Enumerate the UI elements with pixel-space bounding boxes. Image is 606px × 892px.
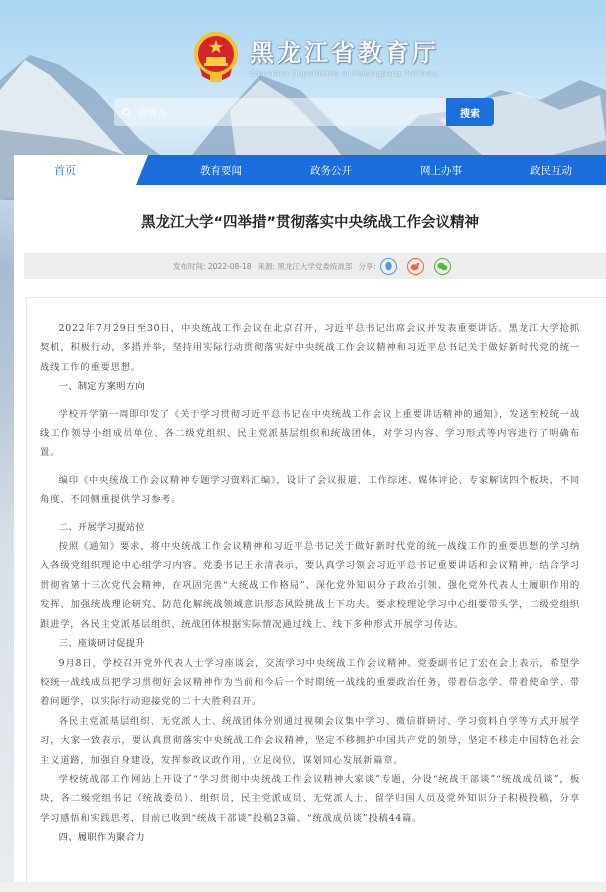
weibo-share-button[interactable] (407, 258, 424, 275)
paragraph: 9月8日，学校召开党外代表人士学习座谈会，交流学习中央统战工作会议精神。党委副书… (40, 654, 580, 712)
search-button[interactable]: 搜索 (446, 98, 494, 126)
search-input[interactable] (137, 107, 437, 118)
section-heading: 四、履职作为聚合力 (40, 828, 580, 847)
qq-share-button[interactable] (380, 258, 397, 275)
site-subtitle: Education Department of Heilongjiang Pro… (250, 69, 439, 78)
search-icon (122, 108, 131, 117)
site-logo[interactable]: 黑龙江省教育厅 Education Department of Heilongj… (192, 30, 439, 86)
site-title: 黑龙江省教育厅 (250, 38, 439, 68)
nav-item-label: 政务公开 (310, 163, 352, 178)
section-heading: 一、制定方案明方向 (40, 377, 580, 396)
paragraph: 按照《通知》要求，将中央统战工作会议精神和习近平总书记关于做好新时代党的统一战线… (40, 537, 580, 634)
share-label: 分享: (358, 261, 376, 272)
nav-item-label: 首页 (54, 162, 76, 178)
paragraph: 学校统战部工作网站上开设了“学习贯彻中央统战工作会议精神大家谈”专题，分设“统战… (40, 770, 580, 828)
nav-item-label: 网上办事 (420, 163, 462, 178)
article-meta-bar: 发布时间: 2022-08-18 来源: 黑龙江大学党委统战部 分享: (24, 253, 606, 279)
wechat-icon (437, 262, 448, 271)
nav-item-online-services[interactable]: 网上办事 (386, 155, 496, 185)
article-body: 2022年7月29日至30日，中央统战工作会议在北京召开，习近平总书记出席会议并… (40, 319, 580, 848)
qq-icon (384, 261, 393, 271)
national-emblem-icon (192, 30, 240, 86)
weibo-icon (410, 262, 420, 271)
nav-item-label: 政民互动 (530, 163, 572, 178)
article-source: 来源: 黑龙江大学党委统战部 (258, 261, 353, 272)
article-panel: 黑龙江大学“四举措”贯彻落实中央统战工作会议精神 发布时间: 2022-08-1… (14, 185, 606, 892)
paragraph: 各民主党派基层组织、无党派人士、统战团体分别通过视频会议集中学习、微信群研讨、学… (40, 712, 580, 770)
nav-item-government-affairs[interactable]: 政务公开 (276, 155, 386, 185)
section-heading: 二、开展学习提站位 (40, 518, 580, 537)
wechat-share-button[interactable] (434, 258, 451, 275)
nav-item-education-news[interactable]: 教育要闻 (166, 155, 276, 185)
paragraph: 学校开学第一周即印发了《关于学习贯彻习近平总书记在中央统战工作会议上重要讲话精神… (40, 405, 580, 463)
nav-item-home[interactable]: 首页 (14, 155, 136, 185)
paragraph: 2022年7月29日至30日，中央统战工作会议在北京召开，习近平总书记出席会议并… (40, 319, 580, 377)
publish-date: 发布时间: 2022-08-18 (173, 261, 252, 272)
main-nav: 首页 教育要闻 政务公开 网上办事 政民互动 (14, 155, 606, 185)
search-bar: 搜索 (114, 98, 494, 126)
site-header: 黑龙江省教育厅 Education Department of Heilongj… (0, 0, 606, 155)
section-heading: 三、座谈研讨促提升 (40, 634, 580, 653)
nav-item-label: 教育要闻 (200, 163, 242, 178)
nav-item-interaction[interactable]: 政民互动 (496, 155, 606, 185)
bottom-edge (0, 882, 606, 892)
paragraph: 编印《中央统战工作会议精神专题学习资料汇编》，设计了会议报道、工作综述、媒体评论… (40, 471, 580, 510)
article-title: 黑龙江大学“四举措”贯彻落实中央统战工作会议精神 (14, 211, 606, 232)
search-field[interactable] (114, 98, 446, 126)
